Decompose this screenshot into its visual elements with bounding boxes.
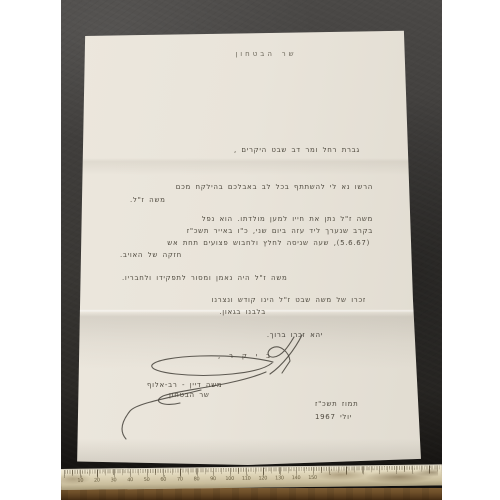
date-gregorian: יולי 1967 <box>315 413 352 421</box>
ruler-number: 120 <box>254 475 271 481</box>
salutation-line: גברת רחל ומר דב שבט היקרים , <box>234 146 360 154</box>
ruler-number: 80 <box>188 476 205 482</box>
white-margin-left <box>0 0 61 500</box>
ruler-stain-left <box>61 470 101 490</box>
white-margin-right <box>442 0 500 500</box>
ruler-stain-right <box>308 465 438 487</box>
wooden-table-edge <box>61 488 442 500</box>
ruler-number: 70 <box>172 476 189 482</box>
photo-area: שר הבטחון גברת רחל ומר דב שבט היקרים , ה… <box>61 0 442 500</box>
paragraph2-line3: (5.6.67), שעה שניסה לחלץ ולחבוש פצועים ת… <box>167 239 370 247</box>
date-hebrew: תמוז תשכ"ז <box>315 400 358 408</box>
signature-name-rank: משה דיין - רב-אלוף <box>147 381 222 389</box>
letter-paper <box>74 29 422 465</box>
paragraph3-line1: משה ז"ל היה נאמן ומסור לתפקידו ולחבריו. <box>122 274 287 282</box>
millimeter-ruler: 102030405060708090100110120130140150 <box>61 464 442 490</box>
ruler-number: 50 <box>138 477 155 483</box>
ruler-number: 140 <box>288 475 305 481</box>
signature-title: שר הבטחון <box>169 391 210 399</box>
ruler-number: 30 <box>105 477 122 483</box>
valediction-line: ב י ק ר , <box>218 352 273 360</box>
paragraph2-line4: חזקה של האויב. <box>120 251 182 259</box>
memorial-blessing-line: יהא זכרו ברוך. <box>267 331 323 339</box>
paragraph4-line1: זכרו של משה שבט ז"ל הינו קודש ונצרנו <box>212 296 366 304</box>
ruler-number: 60 <box>155 477 172 483</box>
ruler-number: 100 <box>221 476 238 482</box>
paragraph2-line1: משה ז"ל נתן את חייו למען מולדתו. הוא נפל <box>202 215 373 223</box>
paragraph1-line2: משה ז"ל. <box>130 196 166 204</box>
paragraph2-line2: בקרב שנערך ליד עזה ביום שני, כ"ו באייר ת… <box>187 227 373 235</box>
paragraph1-line1: הרשו נא לי להשתתף בכל לב באבלכם בהילקח מ… <box>176 183 373 191</box>
ruler-number: 90 <box>205 476 222 482</box>
photo-of-letter: שר הבטחון גברת רחל ומר דב שבט היקרים , ה… <box>0 0 500 500</box>
ruler-number: 40 <box>122 477 139 483</box>
ruler-number: 130 <box>271 475 288 481</box>
ruler-number: 110 <box>238 476 255 482</box>
letterhead-minister-of-defense: שר הבטחון <box>206 50 326 58</box>
paragraph4-line2: בלבנו בגאון. <box>219 308 266 316</box>
